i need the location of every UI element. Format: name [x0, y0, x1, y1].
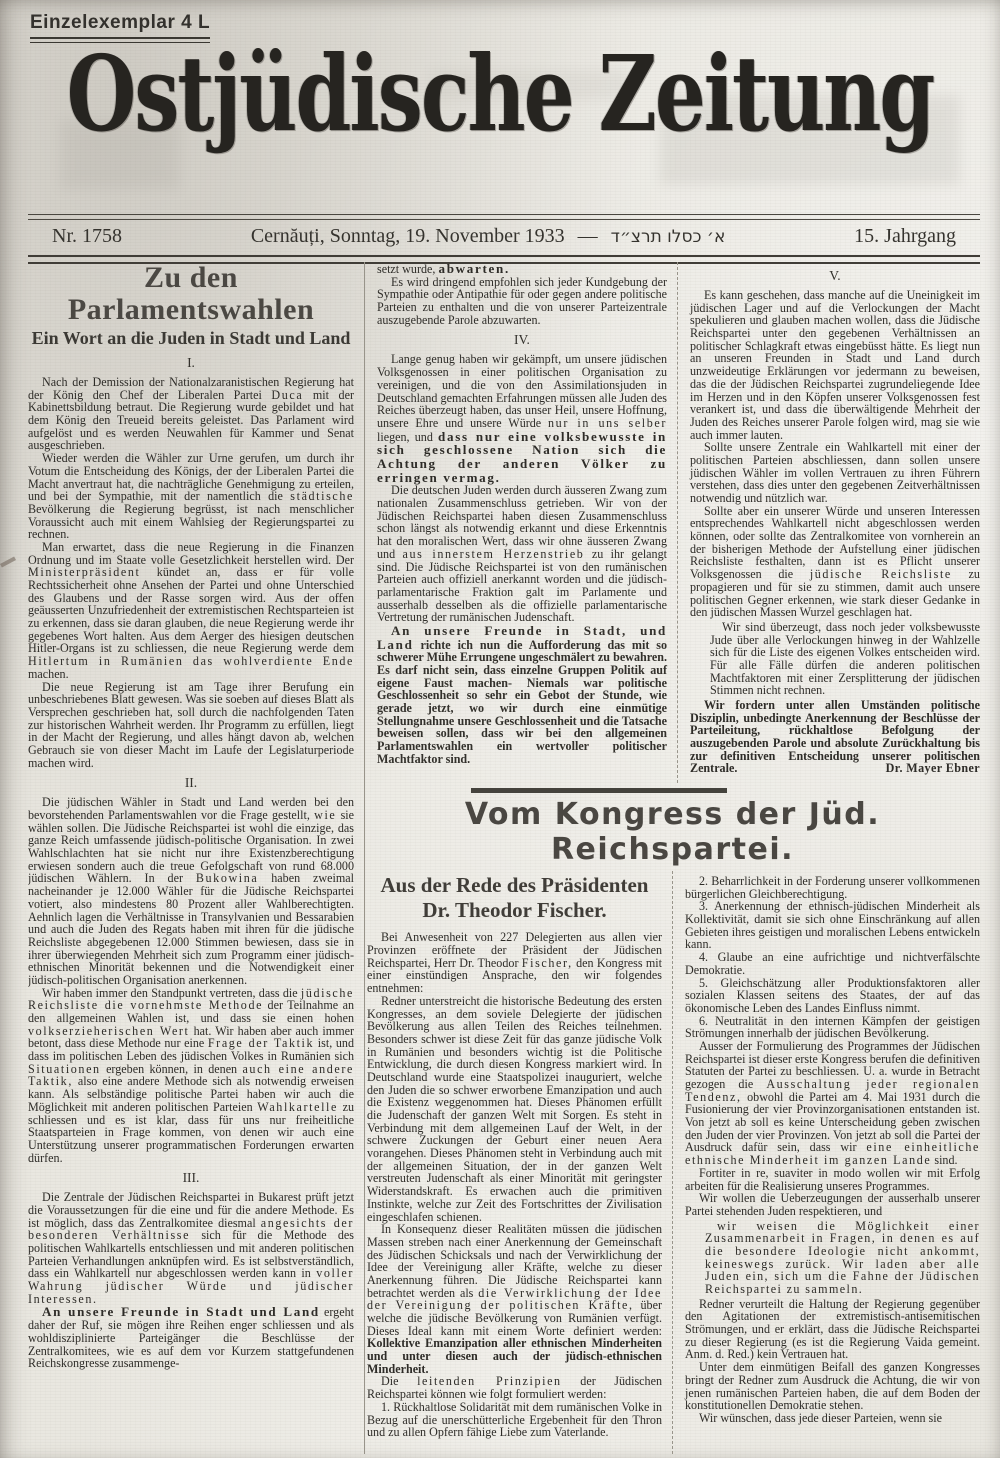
article-kongress: Vom Kongress der Jüd. Reichspartei. Aus …: [365, 788, 980, 1454]
paragraph: Es kann geschehen, dass manche auf die U…: [690, 289, 980, 441]
paragraph: Wir wollen die Ueberzeugungen der ausser…: [685, 1192, 980, 1217]
article2-headline: Vom Kongress der Jüd. Reichspartei.: [365, 797, 980, 867]
volume-label: 15. Jahrgang: [854, 225, 956, 248]
paragraph: Sollte unsere Zentrale ein Wahlkartell m…: [690, 441, 980, 504]
text-run: Kollektive Emanzipation aller ethnischen…: [367, 1336, 662, 1375]
paragraph: 4. Glaube an eine aufrichtige und nichtv…: [685, 951, 980, 976]
date-separator: —: [578, 225, 598, 247]
paragraph: Man erwartet, dass die neue Regierung in…: [28, 541, 354, 681]
text-run: jüdische Reichsliste die vornehmste Meth…: [28, 986, 354, 1013]
paragraph: Wir wünschen, dass jede dieser Parteien,…: [685, 1412, 980, 1425]
text-run: Bukowina: [196, 871, 259, 885]
text-run: Wahlkartelle: [257, 1100, 338, 1114]
text-run: eine einheitliche ethnische Minderheit i…: [685, 1140, 980, 1167]
text-run: dass nur eine volksbewusste in sich gesc…: [377, 429, 667, 485]
paragraph: Unter dem einmütigen Beifall des ganzen …: [685, 1361, 980, 1412]
issue-number: Nr. 1758: [52, 225, 122, 248]
text-run: jüdische Reichsliste: [810, 567, 952, 581]
paragraph: Die jüdischen Wähler in Stadt und Land w…: [28, 796, 354, 986]
article1-subheadline: Ein Wort an die Juden in Stadt und Land: [28, 328, 354, 349]
date-text: Cernăuți, Sonntag, 19. November 1933 — א…: [122, 225, 854, 248]
section-heading: III.: [28, 1170, 354, 1186]
paragraph: Sollte aber ein unserer Würde und unsere…: [690, 505, 980, 619]
paragraph: Ausser der Formulierung des Programmes d…: [685, 1040, 980, 1167]
text-run: Duca: [271, 388, 303, 402]
paragraph: 5. Gleichschätzung aller Produktionsfakt…: [685, 977, 980, 1015]
section-heading: I.: [28, 355, 354, 371]
paragraph: Wieder werden die Wähler zur Urne gerufe…: [28, 452, 354, 541]
text-run: Hitlertum in Rumänien das wohlverdiente …: [28, 654, 354, 668]
paragraph: Es wird dringend empfohlen sich jeder Ku…: [377, 276, 667, 327]
paragraph: setzt wurde, abwarten.: [377, 262, 667, 276]
article2-column1-container: Aus der Rede des Präsidenten Dr. Theodor…: [365, 871, 672, 1454]
text-run: Dr. Mayer Ebner: [872, 762, 980, 775]
paragraph: Redner unterstreicht die historische Bed…: [367, 995, 662, 1223]
article2-speech-title: Aus der Rede des Präsidenten Dr. Theodor…: [367, 873, 662, 923]
text-run: Fischer,: [522, 956, 573, 970]
article1-column2: setzt wurde, abwarten.Es wird dringend e…: [377, 262, 667, 766]
paragraph: Die Zentrale der Jüdischen Reichspartei …: [28, 1191, 354, 1305]
article2-column1: Bei Anwesenheit von 227 Delegierten aus …: [367, 931, 662, 1439]
place-date: Cernăuți, Sonntag, 19. November 1933: [251, 225, 565, 247]
text-run: die Verwirklichung der Idee der Vereinig…: [367, 1286, 662, 1313]
paragraph: Fortiter in re, suaviter in modo wollen …: [685, 1167, 980, 1192]
paragraph: Redner verurteilt die Haltung der Regier…: [685, 1298, 980, 1361]
hebrew-date: א׳ כסלו תרצ״ד: [611, 227, 726, 247]
right-columns-area: setzt wurde, abwarten.Es wird dringend e…: [365, 262, 980, 1454]
article2-columns: Aus der Rede des Präsidenten Dr. Theodor…: [365, 871, 980, 1454]
paragraph: 1. Rückhaltlose Solidarität mit dem rumä…: [367, 1401, 662, 1439]
speech-title-line2: Dr. Theodor Fischer.: [422, 898, 606, 922]
text-run: angesichts der besonderen Verhältnisse: [28, 1216, 354, 1243]
masthead-title: Ostjüdische Zeitung: [0, 32, 1000, 154]
text-run: Ministerpräsident: [28, 565, 141, 579]
section-heading: II.: [28, 775, 354, 791]
text-run: voller Wahrung jüdischer Würde und jüdis…: [28, 1266, 354, 1305]
margin-ink-mark: [0, 556, 16, 567]
paragraph: 3. Anerkennung der ethnisch-jüdischen Mi…: [685, 900, 980, 951]
paragraph: Wir sind überzeugt, dass noch jeder volk…: [710, 621, 980, 697]
section-heading: IV.: [377, 332, 667, 348]
page-content: Zu den Parlamentswahlen Ein Wort an die …: [28, 262, 980, 1454]
paragraph: An unsere Freunde in Stadt, und Land ric…: [377, 624, 667, 766]
paragraph: Nach der Demission der Nationalzaranisti…: [28, 376, 354, 452]
text-run: An unsere Freunde in Stadt, und Land: [377, 623, 667, 652]
text-run: wie: [314, 808, 336, 822]
article1-column3-container: V.Es kann geschehen, dass manche auf die…: [677, 262, 980, 783]
paragraph: Die neue Regierung ist am Tage ihrer Ber…: [28, 681, 354, 770]
article1-column1: I.Nach der Demission der Nationalzaranis…: [28, 355, 354, 1370]
paragraph: 6. Neutralität in den internen Kämpfen d…: [685, 1015, 980, 1040]
text-run: städtische: [290, 489, 354, 503]
article-divider-rule: [471, 788, 727, 793]
article-parlamentswahlen: Zu den Parlamentswahlen Ein Wort an die …: [28, 262, 365, 1454]
article1-headline: Zu den Parlamentswahlen: [28, 262, 354, 325]
newspaper-page: Einzelexemplar 4 L Ostjüdische Zeitung N…: [0, 0, 1000, 1458]
paragraph: In Konsequenz dieser Realitäten müssen d…: [367, 1223, 662, 1375]
text-run: abwarten.: [438, 262, 509, 276]
text-run: An unsere Freunde in Stadt und Land: [42, 1304, 320, 1319]
article1-column2-container: setzt wurde, abwarten.Es wird dringend e…: [365, 262, 677, 783]
paragraph: wir weisen die Möglichkeit einer Zusamme…: [705, 1220, 980, 1296]
dateline: Nr. 1758 Cernăuți, Sonntag, 19. November…: [28, 214, 980, 264]
text-run: aus innerstem Herzenstrieb: [403, 547, 585, 561]
paragraph: Lange genug haben wir gekämpft, um unser…: [377, 353, 667, 484]
article1-column3: V.Es kann geschehen, dass manche auf die…: [690, 268, 980, 775]
paragraph: Die leitenden Prinzipien der Jüdischen R…: [367, 1375, 662, 1400]
paragraph: 2. Beharrlichkeit in der Forderung unser…: [685, 875, 980, 900]
article2-column2: 2. Beharrlichkeit in der Forderung unser…: [685, 871, 980, 1425]
paragraph: Bei Anwesenheit von 227 Delegierten aus …: [367, 931, 662, 994]
paragraph: An unsere Freunde in Stadt und Land erge…: [28, 1305, 354, 1369]
text-run: leitenden Prinzipien: [417, 1374, 562, 1388]
text-run: Ausschaltung jeder regionalen Tendenz,: [685, 1077, 980, 1104]
text-run: volkserzieherischen Wert: [28, 1024, 190, 1038]
speech-title-line1: Aus der Rede des Präsidenten: [381, 873, 649, 897]
paragraph: Wir fordern unter allen Umständen politi…: [690, 699, 980, 775]
paragraph: Die deutschen Juden werden durch äussere…: [377, 484, 667, 624]
article2-column2-container: 2. Beharrlichkeit in der Forderung unser…: [672, 871, 980, 1454]
section-heading: V.: [690, 268, 980, 284]
text-run: Frage der Taktik: [208, 1036, 314, 1050]
paragraph: Wir haben immer den Standpunkt vertreten…: [28, 987, 354, 1165]
article1-continuation-row: setzt wurde, abwarten.Es wird dringend e…: [365, 262, 980, 783]
